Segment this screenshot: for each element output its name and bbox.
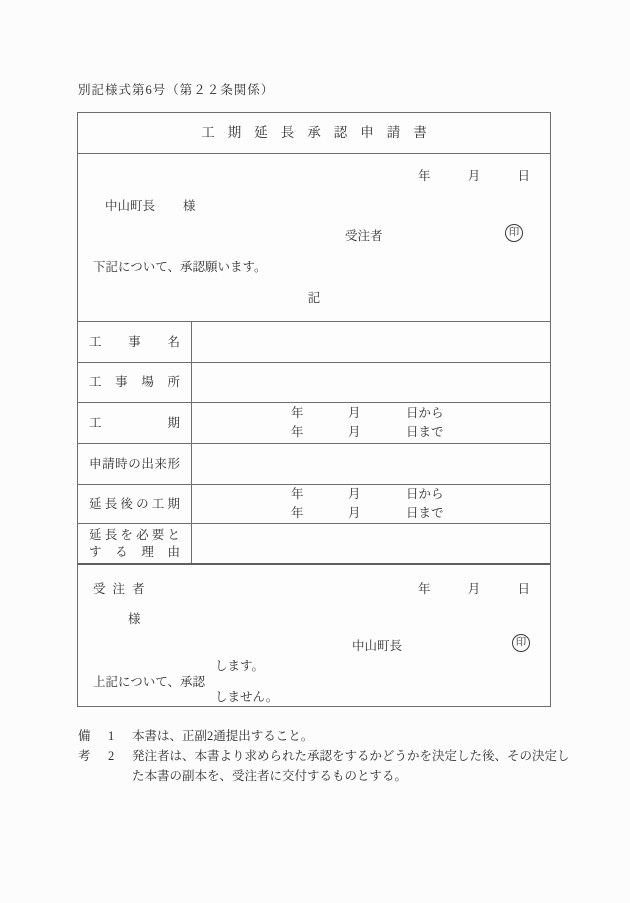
field-progress	[192, 444, 550, 484]
day-label: 日	[517, 168, 530, 185]
remarks-list: 1 本書は、正副2通提出すること。 2 発注者は、本書より求められた承認をするか…	[108, 726, 584, 786]
row-extension-reason: 延長を必要と する理由	[78, 523, 550, 563]
row-extended-period: 延長後の工期 年 月 日から 年 月 日まで	[78, 484, 550, 523]
remark-text: 発注者は、本書より求められた承認をするかどうかを決定した後、その決定し た本書の…	[132, 746, 584, 786]
row-label-extension-reason: 延長を必要と する理由	[78, 524, 192, 563]
intro-section: 年 月 日 中山町長様 受注者 印 下記について、承認願います。 記	[78, 154, 550, 321]
approval-option-yes: します。	[215, 658, 264, 675]
addressee-line: 中山町長様	[105, 198, 196, 215]
row-construction-period: 工期 年 月 日から 年 月 日まで	[78, 402, 550, 443]
field-construction-period: 年 月 日から 年 月 日まで	[192, 403, 550, 443]
addressee-name: 中山町長	[105, 199, 155, 213]
application-date-line: 年 月 日	[418, 168, 530, 185]
remark-number: 2	[108, 746, 132, 786]
row-label-construction-period: 工期	[78, 403, 192, 443]
row-label-construction-site: 工事場所	[78, 363, 192, 402]
approval-honorific: 様	[128, 611, 141, 628]
row-label-progress: 申請時の出来形	[78, 444, 192, 484]
approver-name: 中山町長	[352, 638, 402, 655]
remark-item-2: 2 発注者は、本書より求められた承認をするかどうかを決定した後、その決定し た本…	[108, 746, 584, 786]
day-label: 日	[517, 581, 530, 598]
field-construction-name	[192, 322, 550, 362]
row-label-extended-period: 延長後の工期	[78, 485, 192, 523]
remarks-label: 備考	[78, 726, 103, 786]
year-label: 年	[418, 581, 431, 598]
contractor-label: 受注者	[345, 228, 383, 245]
period-to-line: 年 月 日まで	[291, 423, 550, 442]
form-title: 工期延長承認申請書	[78, 113, 550, 154]
ki-heading: 記	[78, 290, 550, 307]
form-style-number: 別記様式第6号（第２２条関係）	[78, 82, 274, 99]
period-from-line: 年 月 日から	[291, 404, 550, 423]
row-progress-at-application: 申請時の出来形	[78, 443, 550, 484]
row-label-construction-name: 工事名	[78, 322, 192, 362]
row-construction-name: 工事名	[78, 321, 550, 362]
approver-seal-icon: 印	[512, 634, 530, 652]
request-sentence: 下記について、承認願います。	[93, 259, 267, 276]
application-form-box: 工期延長承認申請書 年 月 日 中山町長様 受注者 印 下記について、承認願いま…	[77, 112, 551, 707]
approval-contractor-label: 受注者	[93, 581, 152, 598]
field-extended-period: 年 月 日から 年 月 日まで	[192, 485, 550, 523]
row-construction-site: 工事場所	[78, 362, 550, 402]
year-label: 年	[418, 168, 431, 185]
field-construction-site	[192, 363, 550, 402]
addressee-honorific: 様	[183, 199, 196, 213]
remarks-section: 備考 1 本書は、正副2通提出すること。 2 発注者は、本書より求められた承認を…	[78, 726, 584, 786]
remark-number: 1	[108, 726, 132, 746]
approval-statement: 上記について、承認	[93, 674, 205, 691]
month-label: 月	[468, 581, 481, 598]
period-to-line: 年 月 日まで	[291, 504, 550, 523]
period-from-line: 年 月 日から	[291, 485, 550, 504]
approval-section: 受注者 年 月 日 様 中山町長 印 します。 上記について、承認 しません。	[78, 563, 550, 708]
remark-item-1: 1 本書は、正副2通提出すること。	[108, 726, 584, 746]
field-extension-reason	[192, 524, 550, 563]
seal-character: 印	[516, 638, 527, 649]
document-page: 別記様式第6号（第２２条関係） 工期延長承認申請書 年 月 日 中山町長様 受注…	[0, 0, 630, 903]
remark-text: 本書は、正副2通提出すること。	[132, 726, 584, 746]
seal-character: 印	[509, 228, 520, 239]
approval-option-no: しません。	[215, 689, 278, 706]
contractor-seal-icon: 印	[505, 224, 523, 242]
approval-date-line: 年 月 日	[418, 581, 530, 598]
month-label: 月	[468, 168, 481, 185]
